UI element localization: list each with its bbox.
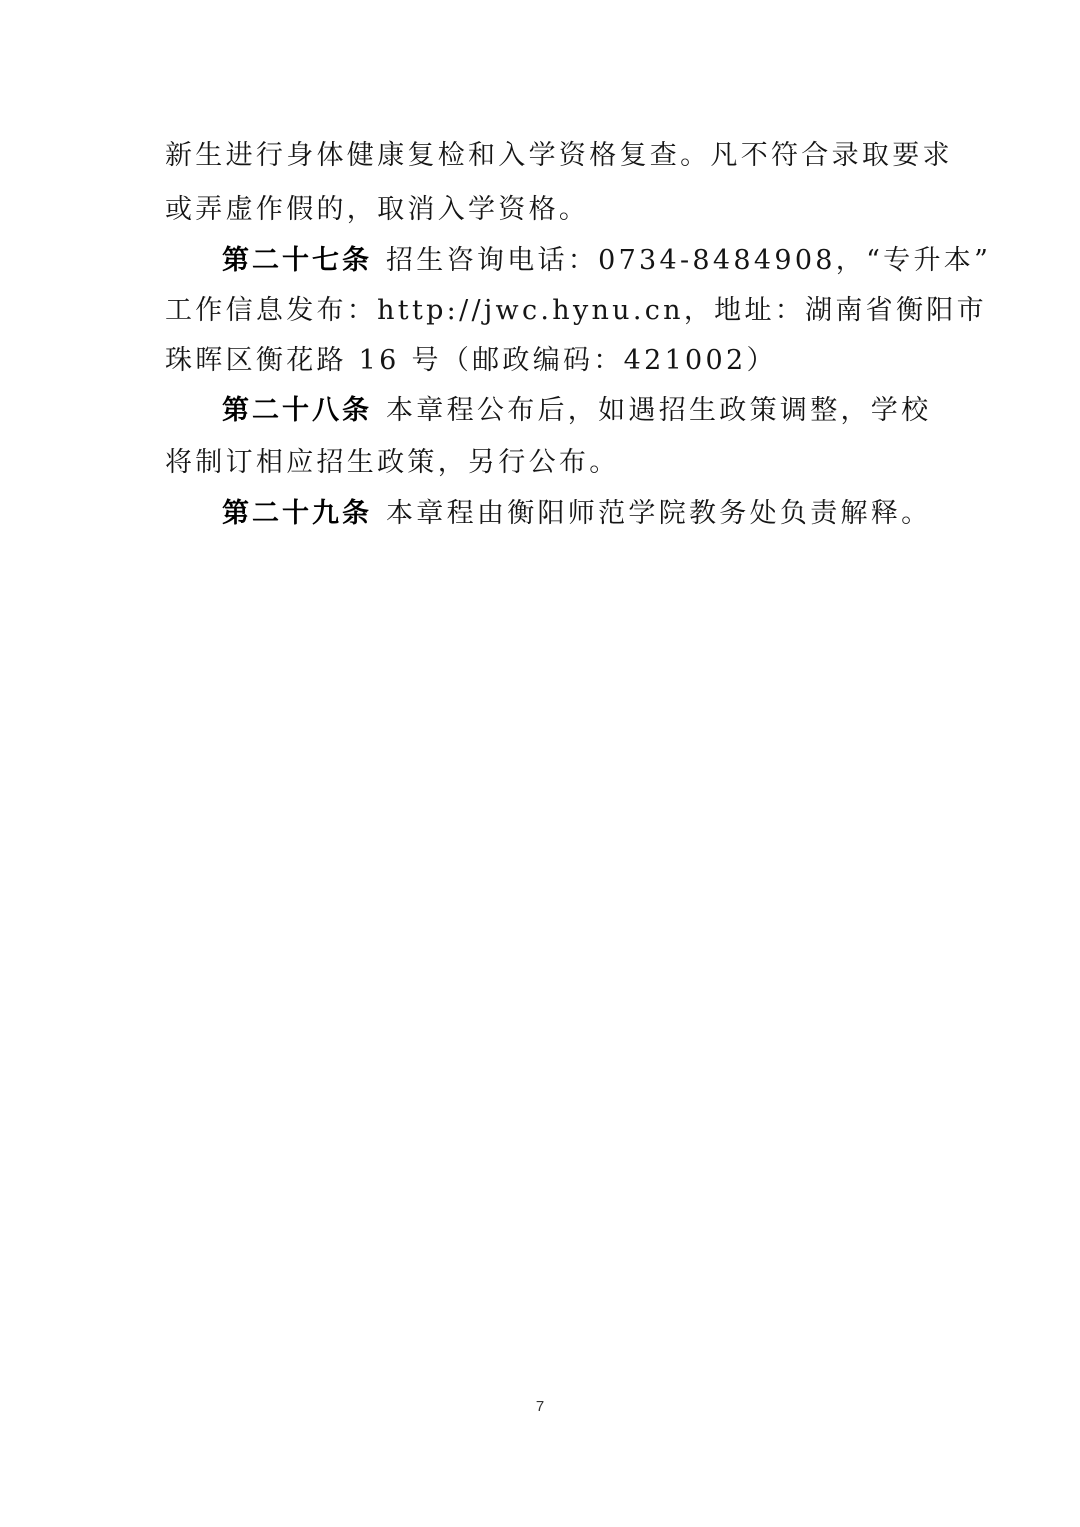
article-27: 第二十七条招生咨询电话：0734-8484908，“专升本” (222, 243, 917, 279)
article-text: 招生咨询电话：0734-8484908，“专升本” (386, 245, 991, 276)
paragraph-line: 或弄虚作假的，取消入学资格。 (165, 192, 917, 228)
article-heading: 第二十七条 (222, 245, 372, 276)
article-text: 本章程公布后，如遇招生政策调整，学校 (386, 395, 931, 426)
article-text: 本章程由衡阳师范学院教务处负责解释。 (386, 498, 931, 529)
paragraph-line: 新生进行身体健康复检和入学资格复查。凡不符合录取要求 (165, 138, 917, 174)
document-page: 新生进行身体健康复检和入学资格复查。凡不符合录取要求 或弄虚作假的，取消入学资格… (0, 0, 1080, 1527)
article-29: 第二十九条本章程由衡阳师范学院教务处负责解释。 (222, 496, 917, 532)
paragraph-line: 工作信息发布：http://jwc.hynu.cn，地址：湖南省衡阳市 (165, 293, 917, 329)
paragraph-line: 珠晖区衡花路 16 号（邮政编码：421002） (165, 343, 917, 379)
page-number: 7 (0, 1398, 1080, 1415)
article-heading: 第二十九条 (222, 498, 372, 529)
article-28: 第二十八条本章程公布后，如遇招生政策调整，学校 (222, 393, 917, 429)
paragraph-line: 将制订相应招生政策，另行公布。 (165, 445, 917, 481)
article-heading: 第二十八条 (222, 395, 372, 426)
